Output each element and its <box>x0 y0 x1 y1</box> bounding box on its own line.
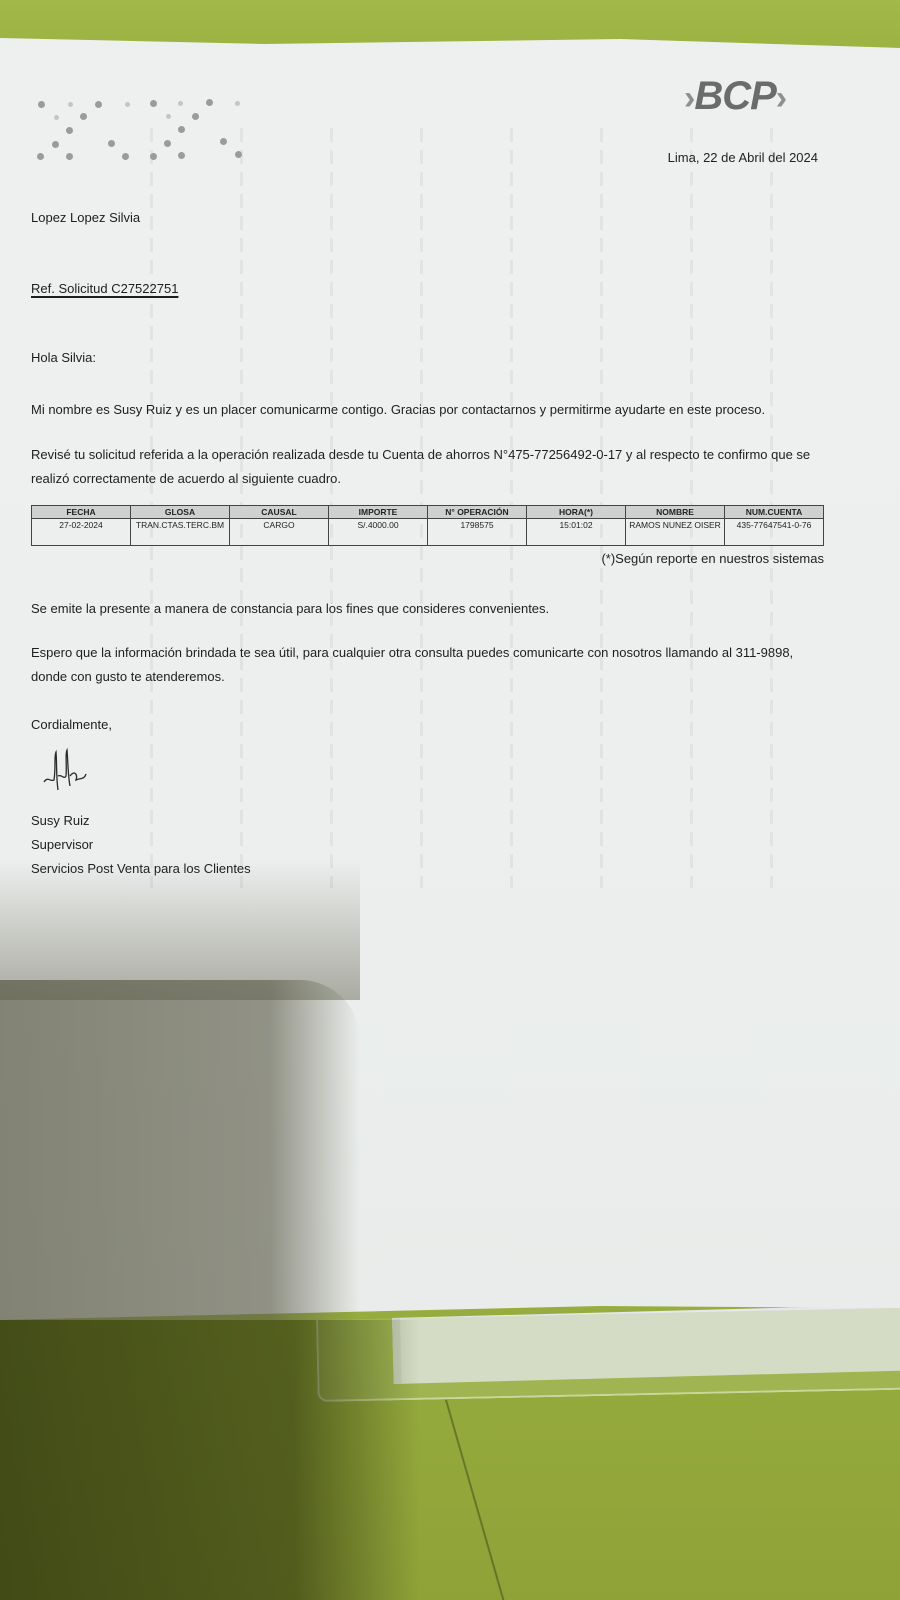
bcp-logo: ›BCP› <box>684 74 786 119</box>
table-footnote: (*)Según reporte en nuestros sistemas <box>601 551 824 566</box>
recipient-name: Lopez Lopez Silvia <box>31 206 140 230</box>
decorative-dot-pattern <box>30 93 250 163</box>
column-header: HORA(*) <box>527 506 626 519</box>
hand-shadow <box>0 980 360 1320</box>
table-header-row: FECHAGLOSACAUSALIMPORTEN° OPERACIÓNHORA(… <box>32 506 824 519</box>
operations-table: FECHAGLOSACAUSALIMPORTEN° OPERACIÓNHORA(… <box>31 505 824 546</box>
column-header: FECHA <box>32 506 131 519</box>
hand-shadow <box>0 860 360 1000</box>
review-paragraph: Revisé tu solicitud referida a la operac… <box>31 443 831 491</box>
certificate-paragraph: Se emite la presente a manera de constan… <box>31 597 549 621</box>
greeting: Hola Silvia: <box>31 346 96 370</box>
table-cell: 435-77647541-0-76 <box>725 519 824 546</box>
intro-paragraph: Mi nombre es Susy Ruiz y es un placer co… <box>31 398 765 422</box>
column-header: IMPORTE <box>329 506 428 519</box>
table-cell: CARGO <box>230 519 329 546</box>
chevron-right-icon: › <box>684 79 694 117</box>
table-cell: TRAN.CTAS.TERC.BM <box>131 519 230 546</box>
letter-date: Lima, 22 de Abril del 2024 <box>668 150 818 165</box>
column-header: NOMBRE <box>626 506 725 519</box>
signature <box>40 746 90 796</box>
signer-role: Supervisor <box>31 833 93 857</box>
table-cell: RAMOS NUNEZ OISER <box>626 519 725 546</box>
signer-name: Susy Ruiz <box>31 809 90 833</box>
table-cell: S/.4000.00 <box>329 519 428 546</box>
column-header: GLOSA <box>131 506 230 519</box>
closing: Cordialmente, <box>31 713 112 737</box>
chevron-right-icon: › <box>776 79 786 117</box>
table-cell: 15:01:02 <box>527 519 626 546</box>
column-header: N° OPERACIÓN <box>428 506 527 519</box>
brand-name: BCP <box>694 74 775 118</box>
reference-number: Ref. Solicitud C27522751 <box>31 277 178 301</box>
column-header: NUM.CUENTA <box>725 506 824 519</box>
contact-paragraph: Espero que la información brindada te se… <box>31 641 831 689</box>
table-cell: 27-02-2024 <box>32 519 131 546</box>
table-cell: 1798575 <box>428 519 527 546</box>
desk-shadow <box>0 1320 420 1600</box>
table-row: 27-02-2024TRAN.CTAS.TERC.BMCARGOS/.4000.… <box>32 519 824 546</box>
column-header: CAUSAL <box>230 506 329 519</box>
